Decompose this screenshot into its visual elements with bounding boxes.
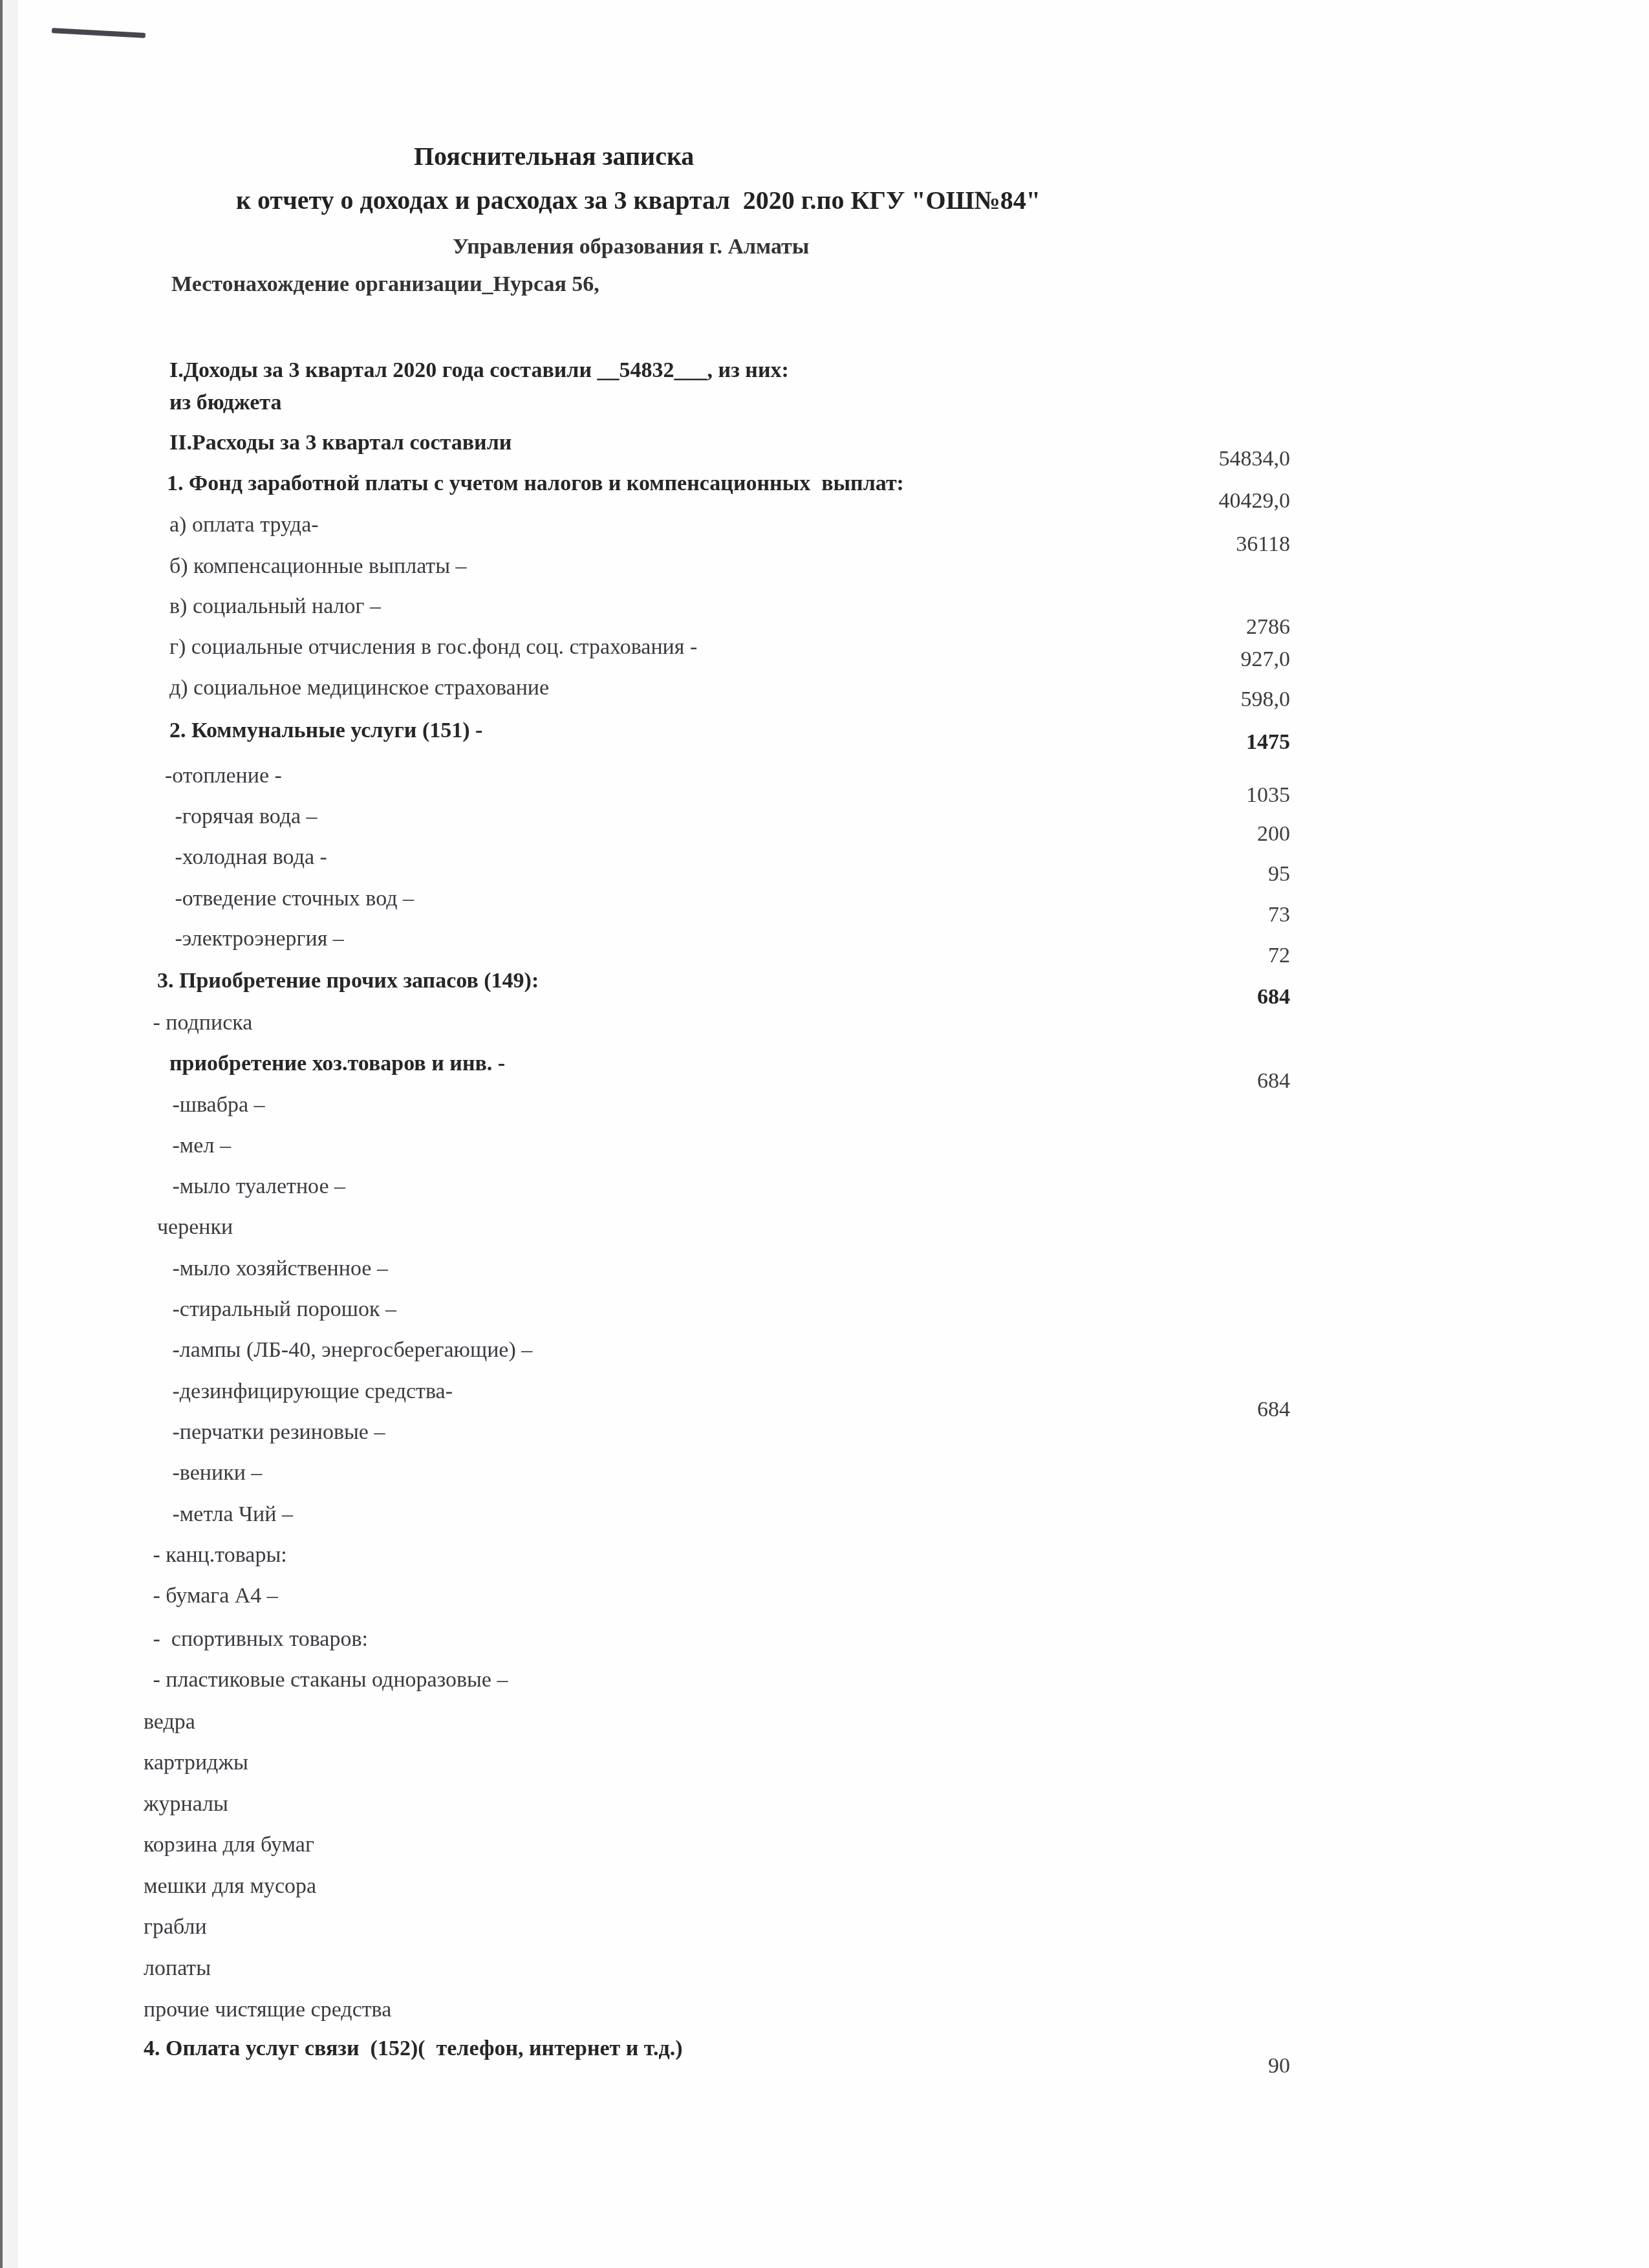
- line-item-label: -перчатки резиновые –: [167, 1420, 385, 1445]
- line-item-label: -веники –: [167, 1460, 262, 1486]
- line-item-label: грабли: [144, 1914, 207, 1940]
- line-item-label: -горячая вода –: [169, 804, 318, 830]
- line-item-value: 200: [1122, 821, 1290, 847]
- line-item-value: 927,0: [1122, 647, 1290, 673]
- line-item-label: - канц.товары:: [147, 1542, 287, 1568]
- line-item-value: 73: [1122, 902, 1290, 928]
- document-title: Пояснительная записка: [414, 144, 694, 169]
- section-total: 90: [1122, 2053, 1290, 2079]
- line-item-value: 598,0: [1122, 687, 1290, 713]
- line-item-label: -мыло хозяйственное –: [167, 1256, 388, 1282]
- section-heading: 1. Фонд заработной платы с учетом налого…: [167, 471, 904, 497]
- section-total: 40429,0: [1122, 488, 1290, 514]
- pen-mark: [52, 28, 145, 38]
- income-source: из бюджета: [169, 390, 281, 416]
- line-item-value: 72: [1122, 943, 1290, 969]
- section-heading: 2. Коммунальные услуги (151) -: [169, 718, 482, 744]
- line-item-label: -отопление -: [165, 763, 282, 789]
- line-item-value: 36118: [1122, 532, 1290, 557]
- line-item-label: картриджы: [144, 1750, 248, 1776]
- document-subtitle: к отчету о доходах и расходах за 3 кварт…: [236, 188, 1040, 213]
- line-item-label: прочие чистящие средства: [144, 1997, 391, 2023]
- line-item-label: в) социальный налог –: [169, 594, 381, 620]
- line-item-value: 2786: [1122, 614, 1290, 640]
- line-item-label: -электроэнергия –: [169, 926, 344, 952]
- line-item-label: -дезинфицирующие средства-: [167, 1379, 453, 1405]
- line-item-label: -мыло туалетное –: [167, 1174, 345, 1200]
- line-item-value: 684: [1122, 1397, 1290, 1423]
- line-item-label: - бумага А4 –: [147, 1583, 278, 1609]
- line-item-label: -швабра –: [167, 1092, 265, 1118]
- line-item-label: д) социальное медицинское страхование: [169, 675, 549, 701]
- line-item-label: -метла Чий –: [167, 1502, 293, 1528]
- expenses-total: 54834,0: [1122, 446, 1290, 472]
- scan-edge-shadow: [3, 0, 18, 2268]
- line-item-label: ведра: [144, 1709, 195, 1735]
- line-item-label: приобретение хоз.товаров и инв. -: [169, 1051, 505, 1077]
- line-item-label: -мел –: [167, 1133, 231, 1159]
- line-item-value: 684: [1122, 1068, 1290, 1094]
- section-heading: 3. Приобретение прочих запасов (149):: [157, 968, 539, 994]
- section-total: 1475: [1122, 729, 1290, 755]
- line-item-label: - подписка: [147, 1010, 252, 1036]
- organization-location: Местонахождение организации_Нурсая 56,: [171, 272, 599, 297]
- line-item-label: лопаты: [144, 1956, 211, 1982]
- line-item-label: мешки для мусора: [144, 1874, 316, 1899]
- expenses-label: II.Расходы за 3 квартал составили: [169, 430, 512, 456]
- scanned-page: Пояснительная записка к отчету о доходах…: [0, 0, 1649, 2268]
- line-item-value: 95: [1122, 861, 1290, 887]
- line-item-label: -стиральный порошок –: [167, 1297, 396, 1323]
- line-item-label: корзина для бумаг: [144, 1832, 314, 1858]
- department-name: Управления образования г. Алматы: [453, 234, 809, 260]
- income-label: I.Доходы за 3 квартал 2020 года составил…: [169, 358, 789, 383]
- line-item-label: - спортивных товаров:: [147, 1626, 368, 1652]
- line-item-label: а) оплата труда-: [169, 512, 319, 538]
- line-item-label: г) социальные отчисления в гос.фонд соц.…: [169, 634, 697, 660]
- line-item-label: -холодная вода -: [169, 845, 327, 870]
- line-item-label: б) компенсационные выплаты –: [169, 554, 467, 579]
- line-item-label: журналы: [144, 1791, 228, 1817]
- line-item-value: 1035: [1122, 783, 1290, 808]
- section-heading: 4. Оплата услуг связи (152)( телефон, ин…: [144, 2036, 683, 2062]
- line-item-label: - пластиковые стаканы одноразовые –: [147, 1667, 508, 1693]
- line-item-label: -лампы (ЛБ-40, энергосберегающие) –: [167, 1337, 532, 1363]
- line-item-label: -отведение сточных вод –: [169, 886, 414, 912]
- line-item-label: черенки: [157, 1215, 233, 1240]
- section-total: 684: [1122, 984, 1290, 1010]
